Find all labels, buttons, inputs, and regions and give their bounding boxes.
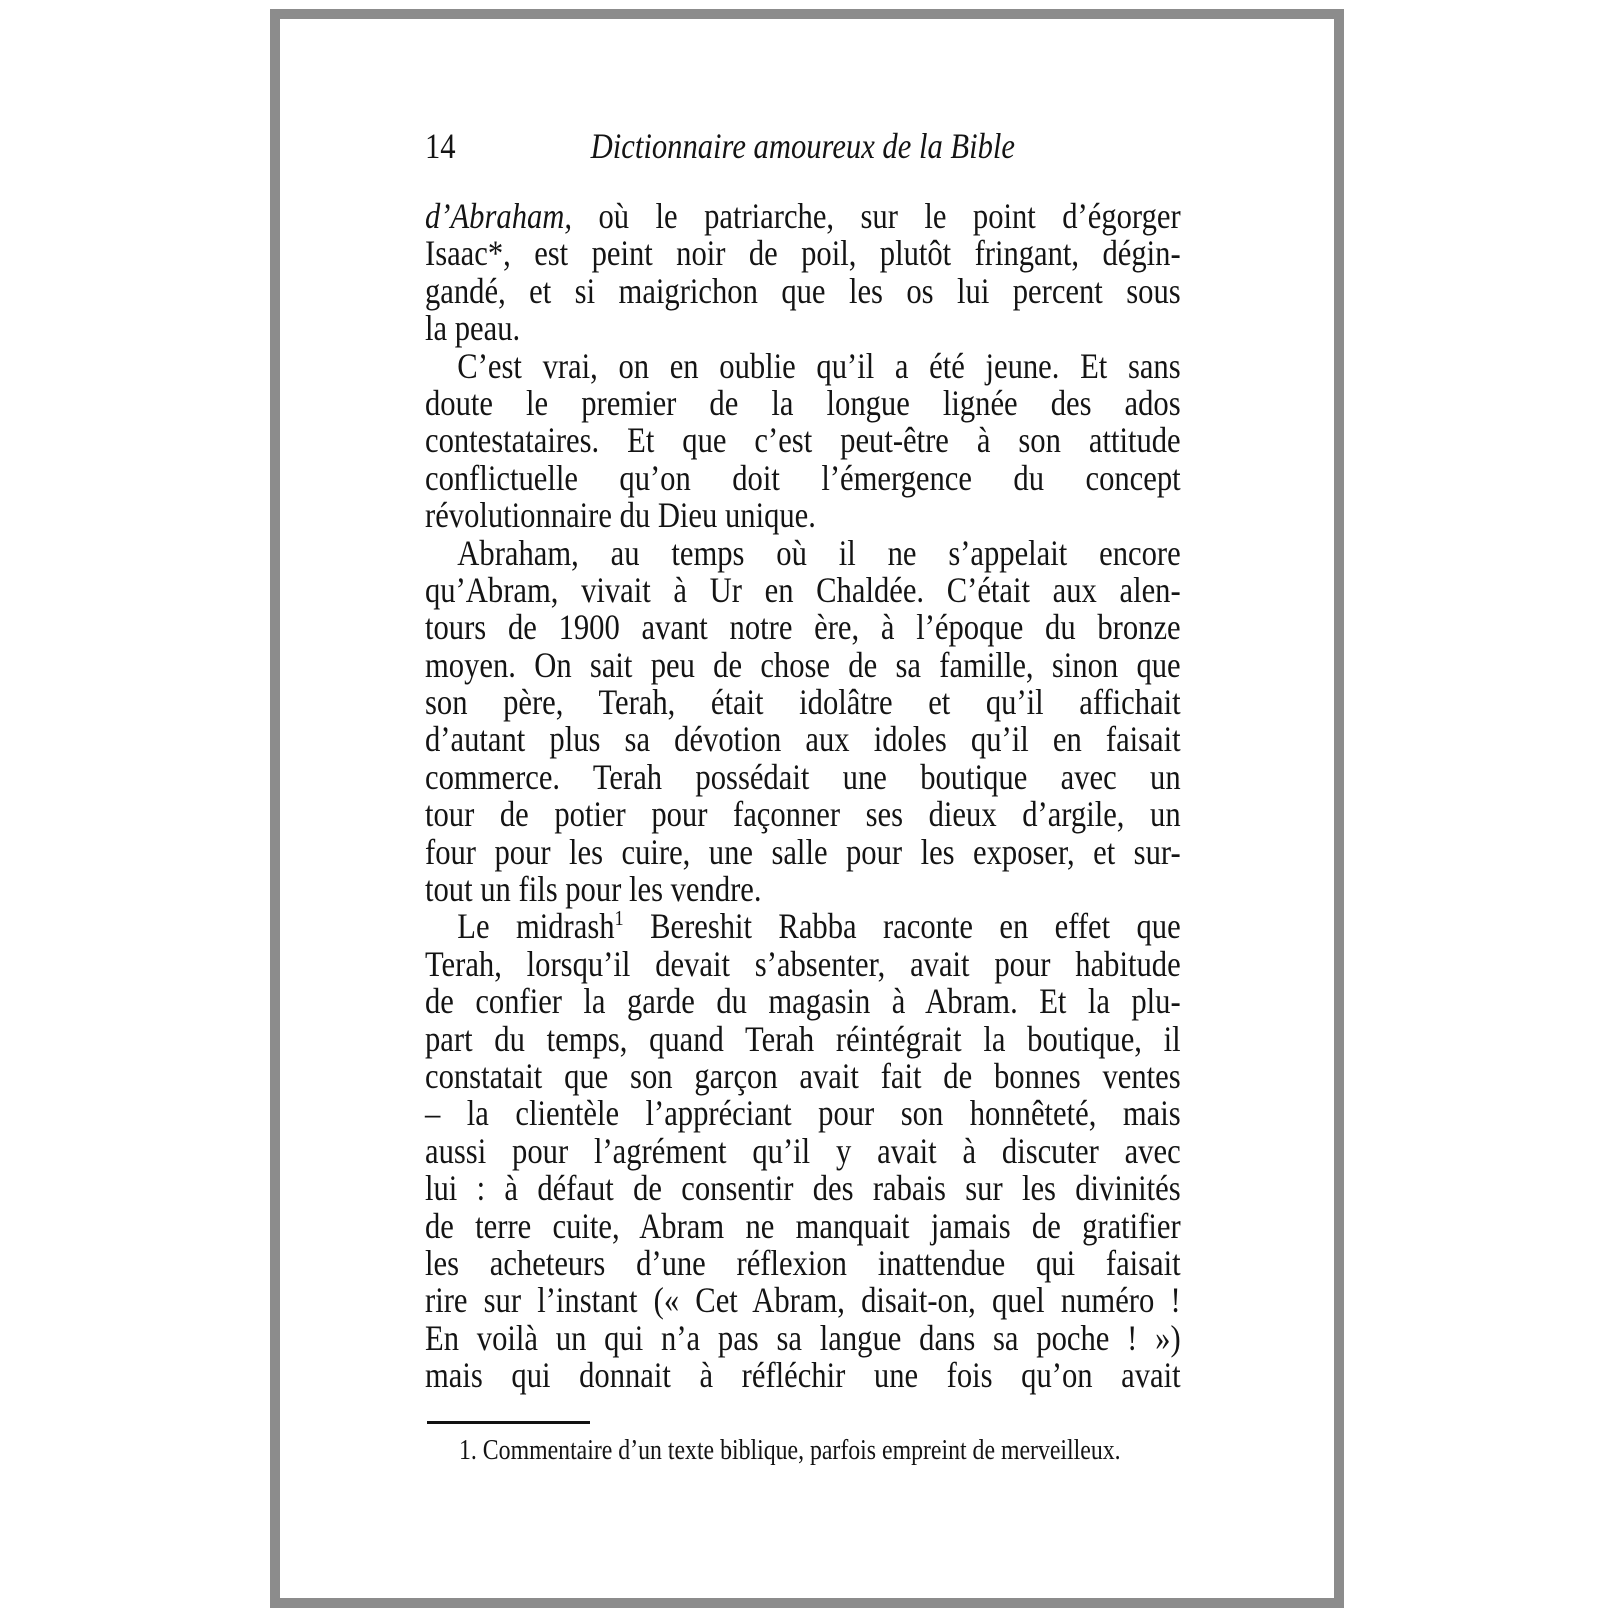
text-line: constatait que son garçon avait fait de … bbox=[425, 1058, 1181, 1095]
text-line: tout un fils pour les vendre. bbox=[425, 871, 1181, 908]
running-title: Dictionnaire amoureux de la Bible bbox=[425, 124, 1181, 168]
text-line: Abraham, au temps où il ne s’appelait en… bbox=[425, 535, 1181, 572]
text-line: la peau. bbox=[425, 310, 1181, 347]
text-line: – la clientèle l’appréciant pour son hon… bbox=[425, 1095, 1181, 1132]
text-line: d’autant plus sa dévotion aux idoles qu’… bbox=[425, 721, 1181, 758]
text-line: commerce. Terah possédait une boutique a… bbox=[425, 759, 1181, 796]
footnote-text: 1. Commentaire d’un texte biblique, parf… bbox=[425, 1434, 1181, 1468]
text-line: gandé, et si maigrichon que les os lui p… bbox=[425, 273, 1181, 310]
text-line: four pour les cuire, une salle pour les … bbox=[425, 834, 1181, 871]
text-line: rire sur l’instant (« Cet Abram, disait-… bbox=[425, 1282, 1181, 1319]
text-line: C’est vrai, on en oublie qu’il a été jeu… bbox=[425, 348, 1181, 385]
text-line: tours de 1900 avant notre ère, à l’époqu… bbox=[425, 609, 1181, 646]
text-line: révolutionnaire du Dieu unique. bbox=[425, 497, 1181, 534]
paragraph: C’est vrai, on en oublie qu’il a été jeu… bbox=[425, 348, 1181, 535]
text-line: de confier la garde du magasin à Abram. … bbox=[425, 983, 1181, 1020]
text-line: Terah, lorsqu’il devait s’absenter, avai… bbox=[425, 946, 1181, 983]
paragraph: d’Abraham, où le patriarche, sur le poin… bbox=[425, 198, 1181, 348]
text-line: de terre cuite, Abram ne manquait jamais… bbox=[425, 1208, 1181, 1245]
text-line: qu’Abram, vivait à Ur en Chaldée. C’étai… bbox=[425, 572, 1181, 609]
text-line: conflictuelle qu’on doit l’émergence du … bbox=[425, 460, 1181, 497]
text-line: doute le premier de la longue lignée des… bbox=[425, 385, 1181, 422]
text-line: Le midrash1 Bereshit Rabba raconte en ef… bbox=[425, 908, 1181, 945]
text-line: mais qui donnait à réfléchir une fois qu… bbox=[425, 1357, 1181, 1394]
text-line: aussi pour l’agrément qu’il y avait à di… bbox=[425, 1133, 1181, 1170]
text-line: les acheteurs d’une réflexion inattendue… bbox=[425, 1245, 1181, 1282]
text-line: son père, Terah, était idolâtre et qu’il… bbox=[425, 684, 1181, 721]
text-line: moyen. On sait peu de chose de sa famill… bbox=[425, 647, 1181, 684]
text-line: En voilà un qui n’a pas sa langue dans s… bbox=[425, 1320, 1181, 1357]
paragraph: Abraham, au temps où il ne s’appelait en… bbox=[425, 535, 1181, 909]
page-header: 14 Dictionnaire amoureux de la Bible bbox=[425, 124, 1181, 170]
body-text: d’Abraham, où le patriarche, sur le poin… bbox=[425, 198, 1181, 1395]
page-number: 14 bbox=[425, 124, 456, 168]
paragraph: Le midrash1 Bereshit Rabba raconte en ef… bbox=[425, 908, 1181, 1394]
text-line: part du temps, quand Terah réintégrait l… bbox=[425, 1021, 1181, 1058]
text-line: contestataires. Et que c’est peut-être à… bbox=[425, 422, 1181, 459]
text-line: d’Abraham, où le patriarche, sur le poin… bbox=[425, 198, 1181, 235]
text-line: lui : à défaut de consentir des rabais s… bbox=[425, 1170, 1181, 1207]
text-line: Isaac*, est peint noir de poil, plutôt f… bbox=[425, 235, 1181, 272]
footnote-rule bbox=[427, 1421, 590, 1424]
text-line: tour de potier pour façonner ses dieux d… bbox=[425, 796, 1181, 833]
